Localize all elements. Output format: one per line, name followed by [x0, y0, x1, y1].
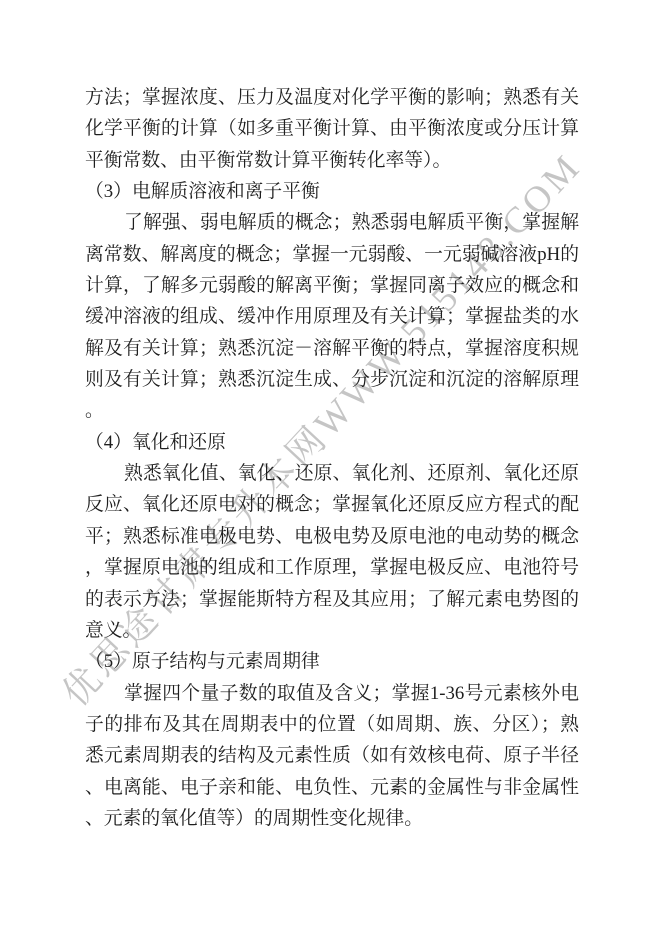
text-line: （3）电解质溶液和离子平衡: [85, 176, 579, 207]
text-line: 平；熟悉标准电极电势、电极电势及原电池的电动势的概念: [85, 521, 579, 552]
text-line: 熟悉氧化值、氧化、还原、氧化剂、还原剂、氧化还原: [85, 458, 579, 489]
text-line: 解及有关计算；熟悉沉淀－溶解平衡的特点，掌握溶度积规: [85, 333, 579, 364]
text-line: 离常数、解离度的概念；掌握一元弱酸、一元弱碱溶液pH的: [85, 239, 579, 270]
text-line: 的表示方法；掌握能斯特方程及其应用；了解元素电势图的: [85, 584, 579, 615]
text-line: （5）原子结构与元素周期律: [85, 646, 579, 677]
text-line: 计算，了解多元弱酸的解离平衡；掌握同离子效应的概念和: [85, 270, 579, 301]
text-line: 、电离能、电子亲和能、电负性、元素的金属性与非金属性: [85, 772, 579, 803]
text-line: 悉元素周期表的结构及元素性质（如有效核电荷、原子半径: [85, 740, 579, 771]
document-body: 方法；掌握浓度、压力及温度对化学平衡的影响；熟悉有关化学平衡的计算（如多重平衡计…: [85, 82, 579, 834]
text-line: 了解强、弱电解质的概念；熟悉弱电解质平衡，掌握解: [85, 207, 579, 238]
text-line: 反应、氧化还原电对的概念；掌握氧化还原反应方程式的配: [85, 489, 579, 520]
text-line: ，掌握原电池的组成和工作原理，掌握电极反应、电池符号: [85, 552, 579, 583]
text-line: （4）氧化和还原: [85, 427, 579, 458]
text-line: 、元素的氧化值等）的周期性变化规律。: [85, 803, 579, 834]
text-line: 缓冲溶液的组成、缓冲作用原理及有关计算；掌握盐类的水: [85, 301, 579, 332]
text-line: 方法；掌握浓度、压力及温度对化学平衡的影响；熟悉有关: [85, 82, 579, 113]
text-line: 化学平衡的计算（如多重平衡计算、由平衡浓度或分压计算: [85, 113, 579, 144]
text-line: 平衡常数、由平衡常数计算平衡转化率等）。: [85, 145, 579, 176]
text-line: 。: [85, 395, 579, 426]
text-line: 子的排布及其在周期表中的位置（如周期、族、分区）；熟: [85, 709, 579, 740]
text-line: 掌握四个量子数的取值及含义；掌握1-36号元素核外电: [85, 678, 579, 709]
text-line: 则及有关计算；熟悉沉淀生成、分步沉淀和沉淀的溶解原理: [85, 364, 579, 395]
text-line: 意义。: [85, 615, 579, 646]
document-page: 优思途甘肃专升本网WWW.515148.COM 方法；掌握浓度、压力及温度对化学…: [0, 0, 661, 935]
